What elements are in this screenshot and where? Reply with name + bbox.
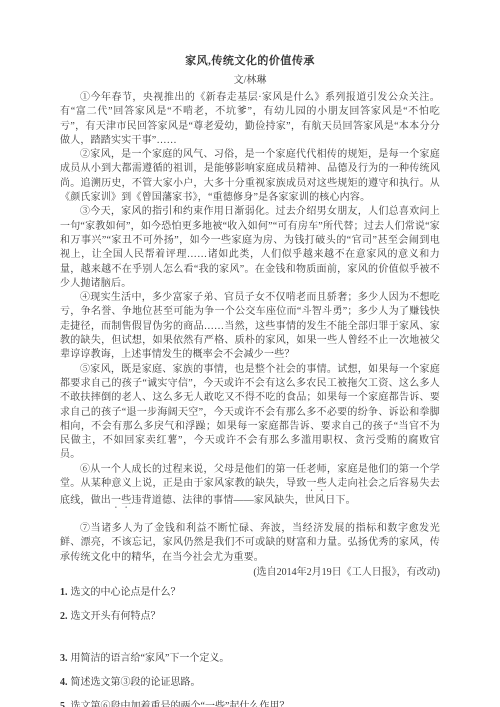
question-4: 4.简述选文第③段的论证思路。 [60, 676, 440, 690]
paragraph-4-text: ④现实生活中，多少富家子弟、官员子女不仅啃老而且骄奢；多少人因为不想吃亏，争名誉… [60, 292, 440, 360]
paragraph-5: ⑤家风，既是家庭、家族的事情，也是整个社会的事情。试想，如果每一个家庭都要求自己… [60, 363, 440, 463]
paragraph-5-text: ⑤家风，既是家庭、家族的事情，也是整个社会的事情。试想，如果每一个家庭都要求自己… [60, 364, 440, 461]
paragraph-7: ⑦当诸多人为了金钱和利益不断忙碌、奔波，当经济发展的指标和数字愈发光鲜、漂亮，不… [60, 522, 440, 565]
paragraph-3: ③今天，家风的指引和约束作用日渐弱化。过去介绍男女朋友，人们总喜欢问上一句“家教… [60, 205, 440, 291]
paragraph-3-text: ③今天，家风的指引和约束作用日渐弱化。过去介绍男女朋友，人们总喜欢问上一句“家教… [60, 206, 440, 288]
article-title: 家风,传统文化的价值传承 [60, 52, 440, 68]
question-3: 3.用简洁的语言给“家风”下一个定义。 [60, 652, 440, 666]
question-2: 2.选文开头有何特点？ [60, 610, 440, 624]
emphasized-word: 一些 [111, 495, 131, 506]
article-body: ①今年春节，央视推出的《新春走基层·家风是什么》系列报道引发公众关注。有“富二代… [60, 91, 440, 565]
paragraph-6: ⑥从一个人成长的过程来说，父母是他们的第一任老师，家庭是他们的第一个学堂。从某种… [60, 463, 440, 511]
question-4-text: 简述选文第③段的论证思路。 [71, 677, 201, 688]
question-1-text: 选文的中心论点是什么？ [71, 587, 181, 598]
question-4-number: 4. [60, 677, 68, 688]
question-3-number: 3. [60, 653, 68, 664]
question-1: 1.选文的中心论点是什么？ [60, 586, 440, 600]
article-byline: 文/林琳 [60, 71, 440, 86]
source-attribution: (选自2014年2月19日《工人日报》，有改动) [60, 566, 440, 580]
question-2-number: 2. [60, 611, 68, 622]
paragraph-6-text-c: 违背道德、法律的事情——家风缺失，世风日下。 [131, 495, 355, 506]
question-list: 1.选文的中心论点是什么？ 2.选文开头有何特点？ 3.用简洁的语言给“家风”下… [60, 586, 440, 707]
question-2-text: 选文开头有何特点？ [71, 611, 161, 622]
question-1-number: 1. [60, 587, 68, 598]
paragraph-2: ②家风，是一个家庭的风气、习俗，是一个家庭代代相传的规矩，是每一个家庭成员从小到… [60, 148, 440, 205]
question-5-number: 5. [60, 701, 68, 707]
question-5: 5.选文第⑥段中加着重号的两个“一些”起什么作用？ [60, 700, 440, 707]
paragraph-4: ④现实生活中，多少富家子弟、官员子女不仅啃老而且骄奢；多少人因为不想吃亏，争名誉… [60, 291, 440, 362]
emphasized-word: 一些 [307, 478, 328, 489]
paragraph-2-text: ②家风，是一个家庭的风气、习俗，是一个家庭代代相传的规矩，是每一个家庭成员从小到… [60, 149, 440, 203]
question-3-text: 用简洁的语言给“家风”下一个定义。 [71, 653, 230, 664]
paragraph-1: ①今年春节，央视推出的《新春走基层·家风是什么》系列报道引发公众关注。有“富二代… [60, 91, 440, 148]
question-5-text: 选文第⑥段中加着重号的两个“一些”起什么作用？ [71, 701, 290, 707]
paragraph-1-text: ①今年春节，央视推出的《新春走基层·家风是什么》系列报道引发公众关注。有“富二代… [60, 92, 440, 146]
paragraph-7-text: ⑦当诸多人为了金钱和利益不断忙碌、奔波，当经济发展的指标和数字愈发光鲜、漂亮，不… [60, 523, 440, 563]
document-page: 家风,传统文化的价值传承 文/林琳 ①今年春节，央视推出的《新春走基层·家风是什… [0, 0, 500, 707]
